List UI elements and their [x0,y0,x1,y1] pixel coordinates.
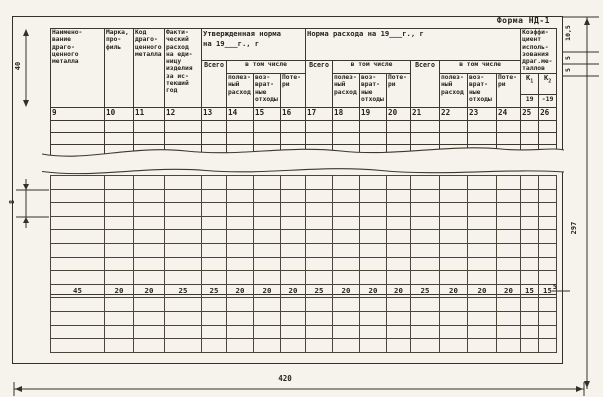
grid-cell [411,298,440,312]
width-dimension-row: 45 20 20 25 25 20 20 20 25 20 20 20 25 2… [51,284,557,298]
column-number-cell: 20 [387,108,411,121]
grid-cell [306,243,333,257]
header-losses-2: Поте- ри [387,74,411,108]
grid-cell [202,176,227,190]
grid-cell [306,121,333,133]
grid-cell [539,145,557,157]
column-number-cell: 23 [468,108,497,121]
grid-cell [360,145,387,157]
grid-cell [306,230,333,244]
grid-cell [360,339,387,353]
grid-cell [134,298,165,312]
grid-cell [497,325,521,339]
grid-cell [497,145,521,157]
grid-cell [202,298,227,312]
grid-cell [333,121,360,133]
grid-cell [360,176,387,190]
grid-cell [51,216,105,230]
grid-cell [387,257,411,271]
width-cell: 20 [468,284,497,298]
grid-cell [134,311,165,325]
grid-cell [51,271,105,285]
grid-cell [202,145,227,157]
grid-cell [134,230,165,244]
grid-cell [468,298,497,312]
grid-cell [411,189,440,203]
grid-cell [227,230,254,244]
grid-cell [360,271,387,285]
grid-cell [440,203,468,217]
grid-cell [387,133,411,145]
width-cell: 20 [134,284,165,298]
grid-cell [134,145,165,157]
grid-cell [521,121,539,133]
grid-cell [360,243,387,257]
right-dim-5a-label: 5 [564,52,572,64]
width-cell: 20 [254,284,281,298]
column-number-cell: 24 [497,108,521,121]
grid-cell [281,230,306,244]
grid-cell [134,216,165,230]
grid-row [51,216,557,230]
grid-cell [105,133,134,145]
grid-cell [105,145,134,157]
grid-cell [468,133,497,145]
grid-cell [254,145,281,157]
grid-cell [134,189,165,203]
grid-cell [105,311,134,325]
grid-cell [440,189,468,203]
width-cell: 20 [333,284,360,298]
grid-cell [539,257,557,271]
header-useful-1: полез- ный расход [227,74,254,108]
grid-cell [539,243,557,257]
grid-row [51,298,557,312]
continuation-grid: 45 20 20 25 25 20 20 20 25 20 20 20 25 2… [50,175,557,353]
grid-cell [411,133,440,145]
grid-cell [227,133,254,145]
norms-table: Наимено- вание драго- ценного металла Ма… [50,28,557,157]
grid-cell [333,311,360,325]
grid-cell [254,298,281,312]
grid-cell [281,271,306,285]
grid-cell [539,121,557,133]
grid-cell [539,189,557,203]
grid-cell [411,311,440,325]
grid-cell [440,216,468,230]
grid-cell [497,298,521,312]
grid-cell [254,189,281,203]
grid-cell [468,271,497,285]
grid-cell [165,145,202,157]
grid-cell [105,176,134,190]
grid-cell [306,257,333,271]
grid-cell [254,325,281,339]
grid-cell [227,189,254,203]
column-number-cell: 14 [227,108,254,121]
header-k1-year: 19 [521,95,539,108]
grid-cell [360,298,387,312]
grid-cell [306,311,333,325]
grid-cell [134,176,165,190]
header-metal-name: Наимено- вание драго- ценного металла [51,29,105,108]
form-number-label: Форма НД-1 [440,16,550,25]
grid-cell [202,339,227,353]
grid-cell [134,339,165,353]
header-returnable-2: воз- врат- ные отходы [360,74,387,108]
grid-cell [105,271,134,285]
header-grade-profile: Марка, про- филь [105,29,134,108]
grid-cell [165,298,202,312]
grid-cell [333,257,360,271]
grid-cell [202,325,227,339]
grid-cell [306,189,333,203]
grid-cell [360,257,387,271]
grid-cell [51,203,105,217]
grid-cell [105,189,134,203]
grid-cell [497,203,521,217]
grid-cell [521,243,539,257]
grid-cell [306,298,333,312]
grid-cell [468,176,497,190]
grid-cell [281,216,306,230]
header-k2-year: -19 [539,95,557,108]
grid-cell [539,216,557,230]
grid-cell [254,133,281,145]
grid-cell [254,203,281,217]
grid-cell [51,189,105,203]
grid-cell [360,121,387,133]
column-number-cell: 26 [539,108,557,121]
grid-cell [360,203,387,217]
column-number-cell: 17 [306,108,333,121]
width-cell: 20 [105,284,134,298]
grid-cell [440,325,468,339]
grid-cell [468,230,497,244]
grid-cell [387,203,411,217]
width-cell: 25 [411,284,440,298]
grid-cell [105,298,134,312]
width-cell: 45 [51,284,105,298]
grid-cell [51,133,105,145]
grid-cell [539,339,557,353]
grid-cell [521,176,539,190]
grid-cell [281,145,306,157]
header-approved-norm: Утвержденная норма на 19___г., г [202,29,306,61]
grid-cell [227,325,254,339]
grid-cell [411,121,440,133]
grid-cell [440,339,468,353]
grid-cell [333,189,360,203]
grid-row [51,176,557,190]
width-cell: 15 [521,284,539,298]
grid-cell [134,133,165,145]
grid-cell [202,133,227,145]
grid-cell [468,339,497,353]
grid-cell [51,339,105,353]
grid-cell [105,325,134,339]
grid-row [51,121,557,133]
grid-cell [165,311,202,325]
width-cell: 20 [497,284,521,298]
grid-cell [227,243,254,257]
grid-cell [227,298,254,312]
grid-cell [521,145,539,157]
header-useful-3: полез- ный расход [440,74,468,108]
grid-cell [468,189,497,203]
grid-cell [51,257,105,271]
header-losses-1: Поте- ри [281,74,306,108]
grid-cell [254,339,281,353]
grid-cell [254,230,281,244]
grid-cell [227,176,254,190]
grid-cell [51,121,105,133]
grid-cell [387,216,411,230]
grid-cell [387,189,411,203]
column-number-cell: 12 [165,108,202,121]
grid-cell [105,121,134,133]
grid-cell [281,257,306,271]
width-cell: 25 [202,284,227,298]
grid-cell [387,325,411,339]
grid-cell [202,311,227,325]
grid-cell [165,203,202,217]
grid-cell [165,133,202,145]
grid-cell [227,121,254,133]
grid-cell [202,216,227,230]
grid-cell [411,216,440,230]
grid-cell [539,298,557,312]
grid-cell [227,271,254,285]
grid-cell [51,243,105,257]
grid-cell [333,216,360,230]
grid-cell [281,243,306,257]
grid-cell [411,145,440,157]
grid-cell [360,230,387,244]
column-number-cell: 22 [440,108,468,121]
grid-cell [440,230,468,244]
grid-cell [497,311,521,325]
grid-cell [497,216,521,230]
grid-row [51,145,557,157]
grid-cell [521,298,539,312]
grid-cell [411,176,440,190]
grid-cell [134,243,165,257]
grid-cell [202,189,227,203]
grid-row [51,257,557,271]
scanned-form-page: Форма НД-1 Наимено- вание драго- ценного… [0,0,603,397]
column-number-cell: 25 [521,108,539,121]
grid-cell [333,325,360,339]
width-cell: 20 [387,284,411,298]
grid-cell [281,176,306,190]
grid-row [51,243,557,257]
grid-cell [202,257,227,271]
grid-cell [411,257,440,271]
column-number-cell: 21 [411,108,440,121]
grid-cell [468,216,497,230]
grid-cell [521,339,539,353]
grid-cell [468,121,497,133]
grid-cell [281,298,306,312]
grid-cell [202,243,227,257]
column-number-row: 9 10 11 12 13 14 15 16 17 18 19 20 21 22… [51,108,557,121]
grid-cell [227,203,254,217]
grid-row [51,339,557,353]
grid-cell [387,339,411,353]
grid-cell [281,133,306,145]
grid-cell [468,145,497,157]
grid-cell [468,311,497,325]
grid-cell [333,243,360,257]
grid-cell [165,216,202,230]
grid-cell [254,311,281,325]
grid-cell [254,216,281,230]
grid-cell [281,121,306,133]
grid-cell [165,257,202,271]
grid-cell [165,189,202,203]
grid-cell [105,230,134,244]
grid-cell [306,203,333,217]
grid-cell [521,230,539,244]
grid-cell [387,298,411,312]
grid-cell [165,243,202,257]
right-dim-5b-label: 5 [564,64,572,76]
grid-cell [254,257,281,271]
grid-cell [254,176,281,190]
grid-cell [411,230,440,244]
header-total-21: Всего [411,61,440,108]
grid-cell [165,325,202,339]
grid-cell [165,230,202,244]
grid-cell [134,203,165,217]
grid-cell [539,325,557,339]
grid-cell [440,298,468,312]
grid-cell [387,176,411,190]
header-actual-consumption: Факти- ческий расход на еди- ницу издели… [165,29,202,108]
grid-cell [440,145,468,157]
grid-cell [497,271,521,285]
grid-cell [227,257,254,271]
width-cell: 20 [281,284,306,298]
grid-cell [254,271,281,285]
header-including-1: в том числе [227,61,306,74]
grid-cell [134,325,165,339]
grid-cell [411,339,440,353]
header-consumption-norm: Норма расхода на 19___г., г [306,29,521,61]
header-metal-code: Код драго- ценного металла [134,29,165,108]
grid-cell [387,271,411,285]
grid-cell [360,133,387,145]
grid-cell [227,339,254,353]
grid-cell [360,311,387,325]
grid-cell [387,121,411,133]
grid-cell [306,216,333,230]
grid-cell [51,230,105,244]
grid-cell [468,243,497,257]
grid-cell [497,121,521,133]
column-number-cell: 13 [202,108,227,121]
grid-cell [440,121,468,133]
column-number-cell: 19 [360,108,387,121]
grid-cell [105,339,134,353]
width-cell: 20 [360,284,387,298]
grid-cell [468,203,497,217]
grid-cell [333,339,360,353]
grid-cell [306,133,333,145]
grid-cell [105,257,134,271]
grid-cell [387,145,411,157]
header-total-13: Всего [202,61,227,108]
grid-cell [105,203,134,217]
header-k2: К2 [539,74,557,95]
grid-cell [387,311,411,325]
grid-cell [254,121,281,133]
width-cell: 25 [306,284,333,298]
grid-cell [165,121,202,133]
column-number-cell: 16 [281,108,306,121]
grid-cell [497,176,521,190]
grid-cell [521,203,539,217]
grid-cell [440,271,468,285]
grid-cell [497,243,521,257]
grid-cell [497,339,521,353]
grid-cell [306,145,333,157]
grid-cell [333,145,360,157]
header-including-3: в том числе [440,61,521,74]
grid-cell [411,271,440,285]
grid-cell [51,176,105,190]
width-cell: 25 [165,284,202,298]
grid-cell [134,271,165,285]
grid-cell [440,176,468,190]
grid-cell [202,230,227,244]
grid-cell [497,257,521,271]
grid-cell [306,176,333,190]
grid-cell [497,189,521,203]
sheet-width-label: 420 [240,374,330,383]
column-number-cell: 9 [51,108,105,121]
grid-row [51,271,557,285]
grid-cell [387,230,411,244]
grid-cell [51,145,105,157]
header-returnable-3: воз- врат- ные отходы [468,74,497,108]
grid-cell [165,176,202,190]
grid-cell [521,257,539,271]
grid-cell [165,271,202,285]
header-coefficient: Коэффи- циент исполь- зования драг.ме- т… [521,29,557,74]
grid-cell [497,230,521,244]
grid-cell [51,325,105,339]
grid-cell [440,243,468,257]
grid-cell [333,230,360,244]
grid-cell [521,133,539,145]
grid-cell [411,243,440,257]
grid-cell [387,243,411,257]
column-number-cell: 10 [105,108,134,121]
grid-cell [105,216,134,230]
grid-cell [497,133,521,145]
margin-width-label: 5 [549,283,561,291]
grid-cell [521,189,539,203]
grid-cell [411,203,440,217]
grid-cell [51,298,105,312]
grid-cell [281,311,306,325]
grid-cell [440,257,468,271]
grid-cell [333,133,360,145]
header-total-17: Всего [306,61,333,108]
grid-row [51,325,557,339]
